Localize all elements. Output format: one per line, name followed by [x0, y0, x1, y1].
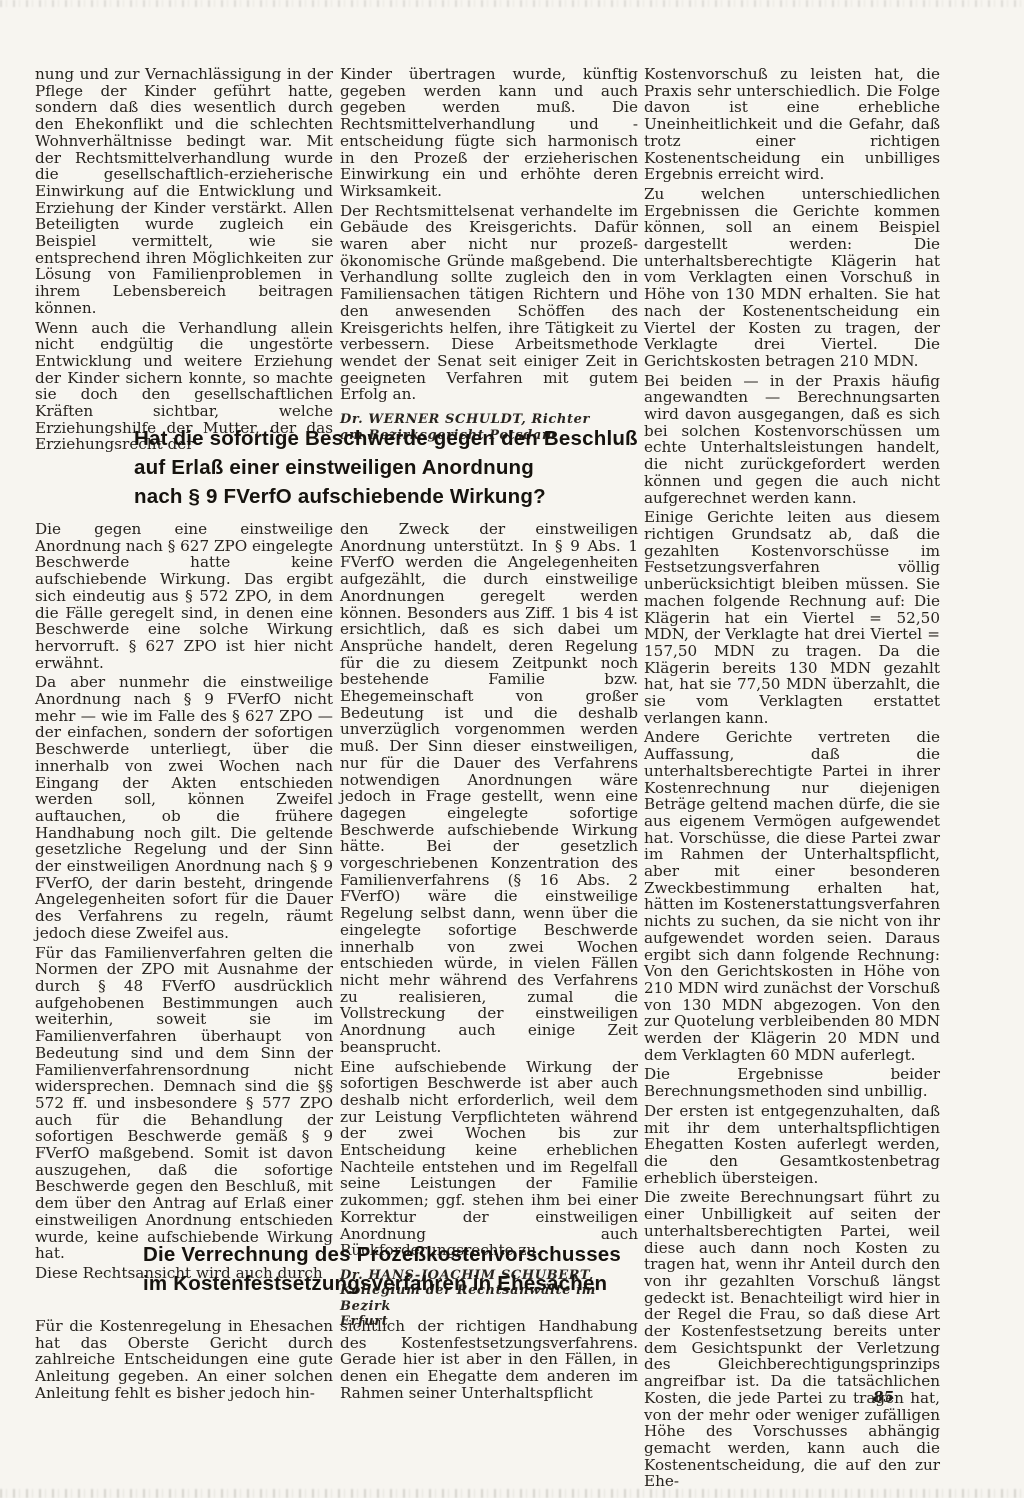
article3-title: Die Verrechnung des Prozeßkostenvorschus…: [143, 1240, 621, 1298]
journal-page: nung und zur Vernachlässigung in der Pfl…: [0, 0, 1024, 1498]
article1-column2: Kinder übertragen wurde, künftig gegeben…: [340, 66, 638, 443]
article3-column1: Für die Kostenregelung in Ehesachen hat …: [35, 1318, 333, 1402]
paragraph: Da aber nunmehr die einstweilige Anordnu…: [35, 674, 333, 941]
paragraph: Eine aufschiebende Wirkung der sofortige…: [340, 1059, 638, 1259]
paragraph: nung und zur Vernachlässigung in der Pfl…: [35, 66, 333, 317]
paragraph: Zu welchen unterschiedlichen Ergebnissen…: [644, 186, 940, 370]
article1-column1: nung und zur Vernachlässigung in der Pfl…: [35, 66, 333, 453]
paragraph: Andere Gerichte vertreten die Auffassung…: [644, 729, 940, 1063]
paragraph: Der ersten ist entgegenzuhalten, daß mit…: [644, 1103, 940, 1187]
paragraph: Kostenvorschuß zu leisten hat, die Praxi…: [644, 66, 940, 183]
paragraph: Für das Familienverfahren gelten die Nor…: [35, 945, 333, 1262]
article2-column1: Die gegen eine einstweilige Anordnung na…: [35, 521, 333, 1282]
article3-column2: sichtlich der richtigen Handhabung des K…: [340, 1318, 638, 1402]
scan-noise-top: [0, 0, 1024, 7]
scan-noise-bottom: [0, 1489, 1024, 1498]
paragraph: Der Rechtsmittelsenat verhandelte im Geb…: [340, 203, 638, 403]
article2-column2: den Zweck der einstweiligen Anordnung un…: [340, 521, 638, 1330]
title-line: im Kostenfestsetzungsverfahren in Ehesac…: [143, 1269, 621, 1298]
paragraph: sichtlich der richtigen Handhabung des K…: [340, 1318, 638, 1402]
title-line: Die Verrechnung des Prozeßkostenvorschus…: [143, 1240, 621, 1269]
paragraph: Kinder übertragen wurde, künftig gegeben…: [340, 66, 638, 200]
paragraph: Die zweite Berechnungsart führt zu einer…: [644, 1189, 940, 1490]
title-line: nach § 9 FVerfO aufschiebende Wirkung?: [134, 482, 638, 511]
paragraph: Die gegen eine einstweilige Anordnung na…: [35, 521, 333, 671]
title-line: auf Erlaß einer einstweiligen Anordnung: [134, 453, 638, 482]
title-line: Hat die sofortige Beschwerde gegen den B…: [134, 424, 638, 453]
paragraph: Die Ergebnisse beider Berechnungsmethode…: [644, 1066, 940, 1099]
page-number: 85: [873, 1388, 894, 1406]
paragraph: Bei beiden — in der Praxis häufig angewa…: [644, 373, 940, 507]
paragraph: Einige Gerichte leiten aus diesem richti…: [644, 509, 940, 726]
paragraph: den Zweck der einstweiligen Anordnung un…: [340, 521, 638, 1056]
paragraph: Für die Kostenregelung in Ehesachen hat …: [35, 1318, 333, 1402]
article3-column3: Kostenvorschuß zu leisten hat, die Praxi…: [644, 66, 940, 1490]
article2-title: Hat die sofortige Beschwerde gegen den B…: [134, 424, 638, 511]
